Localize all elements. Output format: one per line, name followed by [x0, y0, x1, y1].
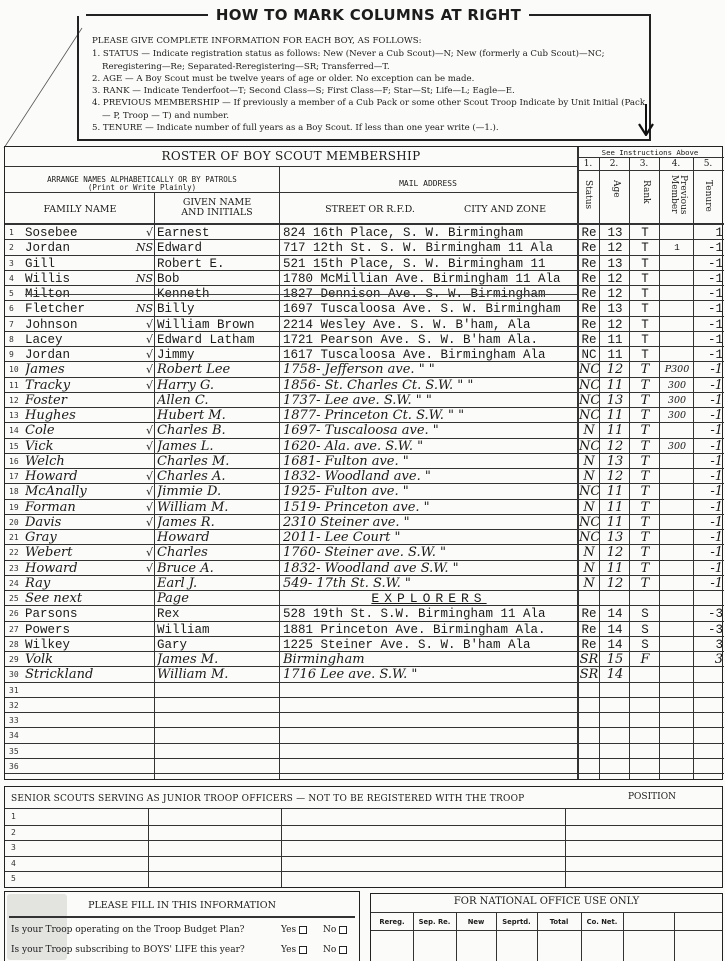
table-row: 7Johnson√William Brown2214 Wesley Ave. S… — [5, 317, 724, 332]
instructions-body: PLEASE GIVE COMPLETE INFORMATION FOR EAC… — [92, 35, 647, 134]
table-row: 23Howard√Bruce A.1832- Woodland ave S.W.… — [5, 561, 724, 576]
column-divider — [413, 912, 414, 961]
table-row: 35 — [5, 744, 724, 759]
senior-row-number: 5 — [11, 874, 16, 883]
header-rule — [5, 166, 577, 167]
no-checkbox[interactable] — [339, 946, 347, 954]
position-header: POSITION — [628, 792, 676, 802]
roster-table: ROSTER OF BOY SCOUT MEMBERSHIP See Instr… — [4, 146, 723, 780]
boys-life-question: Is your Troop subscribing to BOYS' LIFE … — [11, 945, 245, 955]
table-row: 11Tracky√Harry G.1856- St. Charles Ct. S… — [5, 378, 724, 393]
table-row: 18McAnally√Jimmie D.1925- Fulton ave. "N… — [5, 484, 724, 499]
table-row: 31 — [5, 683, 724, 698]
strike-through-line — [25, 294, 577, 295]
instruction-tenure: 5. TENURE — Indicate number of full year… — [92, 122, 647, 134]
table-row: 21GrayHoward2011- Lee Court "NC13T-1 — [5, 530, 724, 545]
column-divider — [148, 808, 149, 887]
boys-life-no[interactable]: No — [323, 945, 347, 955]
table-row: 5MiltonKenneth1827 Dennison Ave. S. W. B… — [5, 286, 724, 301]
row-rule — [5, 856, 722, 857]
table-row: 26ParsonsRex528 19th St. S.W. Birmingham… — [5, 606, 724, 621]
budget-plan-yes[interactable]: Yes — [281, 925, 307, 935]
table-row: 22Webert√Charles1760- Steiner ave. S.W. … — [5, 545, 724, 560]
table-row: 20Davis√James R.2310 Steiner ave. "NC11T… — [5, 515, 724, 530]
title-rule-left — [86, 14, 208, 16]
yes-checkbox[interactable] — [299, 926, 307, 934]
fill-in-box: PLEASE FILL IN THIS INFORMATION Is your … — [4, 891, 360, 961]
boys-life-yes[interactable]: Yes — [281, 945, 307, 955]
table-row: 3GillRobert E.521 15th Place, S. W. Birm… — [5, 256, 724, 271]
see-instructions-label: See Instructions Above — [577, 148, 723, 157]
table-row: 34 — [5, 728, 724, 743]
national-office-column-header: New — [456, 918, 496, 926]
national-office-column-header: Rereg. — [371, 918, 413, 926]
national-office-box: FOR NATIONAL OFFICE USE ONLY Rereg.Sep. … — [370, 893, 723, 961]
column-divider — [496, 912, 497, 961]
table-row: 2JordanNSEdward717 12th St. S. W. Birmin… — [5, 240, 724, 255]
yes-label: Yes — [281, 945, 296, 955]
table-row: 6FletcherNSBilly1697 Tuscaloosa Ave. S. … — [5, 301, 724, 316]
senior-row-number: 3 — [11, 843, 16, 852]
roster-title: ROSTER OF BOY SCOUT MEMBERSHIP — [5, 149, 577, 163]
instruction-age: 2. AGE — A Boy Scout must be twelve year… — [92, 73, 647, 85]
national-office-column-header: Total — [537, 918, 581, 926]
mail-address-header: MAIL ADDRESS — [279, 179, 577, 188]
table-row: 15Vick√James L.1620- Ala. ave. S.W. "NC1… — [5, 439, 724, 454]
row-rule — [5, 773, 724, 774]
table-row: 13HughesHubert M.1877- Princeton Ct. S.W… — [5, 408, 724, 423]
instruction-previous-membership: 4. PREVIOUS MEMBERSHIP — If previously a… — [92, 97, 647, 122]
given-name-header: GIVEN NAME AND INITIALS — [155, 198, 279, 218]
budget-plan-question: Is your Troop operating on the Troop Bud… — [11, 925, 244, 935]
senior-scouts-title: SENIOR SCOUTS SERVING AS JUNIOR TROOP OF… — [11, 794, 524, 804]
row-rule — [5, 871, 722, 872]
senior-row-number: 4 — [11, 859, 16, 868]
table-row: 8Lacey√Edward Latham1721 Pearson Ave. S.… — [5, 332, 724, 347]
column-divider — [281, 808, 282, 887]
instruction-status: 1. STATUS — Indicate registration status… — [92, 48, 647, 73]
senior-row-number: 2 — [11, 828, 16, 837]
column-divider — [623, 912, 624, 961]
senior-scouts-box: SENIOR SCOUTS SERVING AS JUNIOR TROOP OF… — [4, 786, 723, 888]
col-num-1: 1. — [577, 159, 599, 169]
column-divider — [565, 808, 566, 887]
instructions-heading: HOW TO MARK COLUMNS AT RIGHT — [208, 6, 529, 24]
col-num-5: 5. — [693, 159, 723, 169]
table-row: 19Forman√William M.1519- Princeton ave. … — [5, 500, 724, 515]
table-row: 36 — [5, 759, 724, 774]
national-office-title: FOR NATIONAL OFFICE USE ONLY — [371, 896, 722, 907]
table-row: 16WelchCharles M.1681- Fulton ave. "N13T… — [5, 454, 724, 469]
instruction-rank: 3. RANK — Indicate Tenderfoot—T; Second … — [92, 85, 647, 97]
senior-row-number: 1 — [11, 812, 16, 821]
down-arrow-icon — [638, 104, 654, 136]
row-rule — [5, 840, 722, 841]
header-rule — [5, 808, 722, 809]
family-name-header: FAMILY NAME — [5, 205, 155, 215]
table-row: 12FosterAllen C.1737- Lee ave. S.W. " "N… — [5, 393, 724, 408]
column-divider — [456, 912, 457, 961]
table-row: 10James√Robert Lee1758- Jefferson ave. "… — [5, 362, 724, 377]
column-divider — [674, 912, 675, 961]
row-rule — [5, 825, 722, 826]
title-rule-right — [529, 14, 651, 16]
city-zone-header: CITY AND ZONE — [445, 205, 565, 215]
yes-checkbox[interactable] — [299, 946, 307, 954]
national-office-column-header: Sep. Re. — [413, 918, 456, 926]
table-row: 9Jordan√Jimmy1617 Tuscaloosa Ave. Birmin… — [5, 347, 724, 362]
table-row: 24RayEarl J.549- 17th St. S.W. "N12T-1 — [5, 576, 724, 591]
national-office-column-header: Co. Net. — [581, 918, 623, 926]
header-rule — [5, 192, 577, 193]
table-row: 14Cole√Charles B.1697- Tuscaloosa ave. "… — [5, 423, 724, 438]
table-row: 1Sosebee√Earnest824 16th Place, S. W. Bi… — [5, 225, 724, 240]
no-label: No — [323, 945, 336, 955]
table-row: 25See nextPageEXPLORERS — [5, 591, 724, 606]
street-header: STREET OR R.F.D. — [305, 205, 435, 215]
table-row: 32 — [5, 698, 724, 713]
budget-plan-no[interactable]: No — [323, 925, 347, 935]
table-row: 27PowersWilliam1881 Princeton Ave. Birmi… — [5, 622, 724, 637]
table-row: 4WillisNSBob1780 McMillian Ave. Birmingh… — [5, 271, 724, 286]
table-row: 33 — [5, 713, 724, 728]
instructions-title: HOW TO MARK COLUMNS AT RIGHT — [86, 4, 651, 26]
names-header-sub: (Print or Write Plainly) — [5, 184, 279, 192]
col-num-3: 3. — [629, 159, 659, 169]
table-row: 17Howard√Charles A.1832- Woodland ave. "… — [5, 469, 724, 484]
table-row: 29VolkJames M. BirminghamSR15F3 — [5, 652, 724, 667]
col-num-4: 4. — [659, 159, 693, 169]
table-row: 28WilkeyGary1225 Steiner Ave. S. W. B'ha… — [5, 637, 724, 652]
names-header: ARRANGE NAMES ALPHABETICALLY OR BY PATRO… — [5, 176, 279, 192]
instructions-lead: PLEASE GIVE COMPLETE INFORMATION FOR EAC… — [92, 35, 647, 47]
header-rule — [371, 930, 722, 931]
col-num-2: 2. — [599, 159, 629, 169]
column-divider — [581, 912, 582, 961]
national-office-column-header: Seprtd. — [496, 918, 537, 926]
yes-label: Yes — [281, 925, 296, 935]
fill-in-title: PLEASE FILL IN THIS INFORMATION — [5, 900, 359, 911]
no-label: No — [323, 925, 336, 935]
header-rule — [9, 916, 355, 918]
no-checkbox[interactable] — [339, 926, 347, 934]
header-rule — [371, 912, 722, 913]
table-row: 30StricklandWilliam M.1716 Lee ave. S.W.… — [5, 667, 724, 682]
column-divider — [537, 912, 538, 961]
